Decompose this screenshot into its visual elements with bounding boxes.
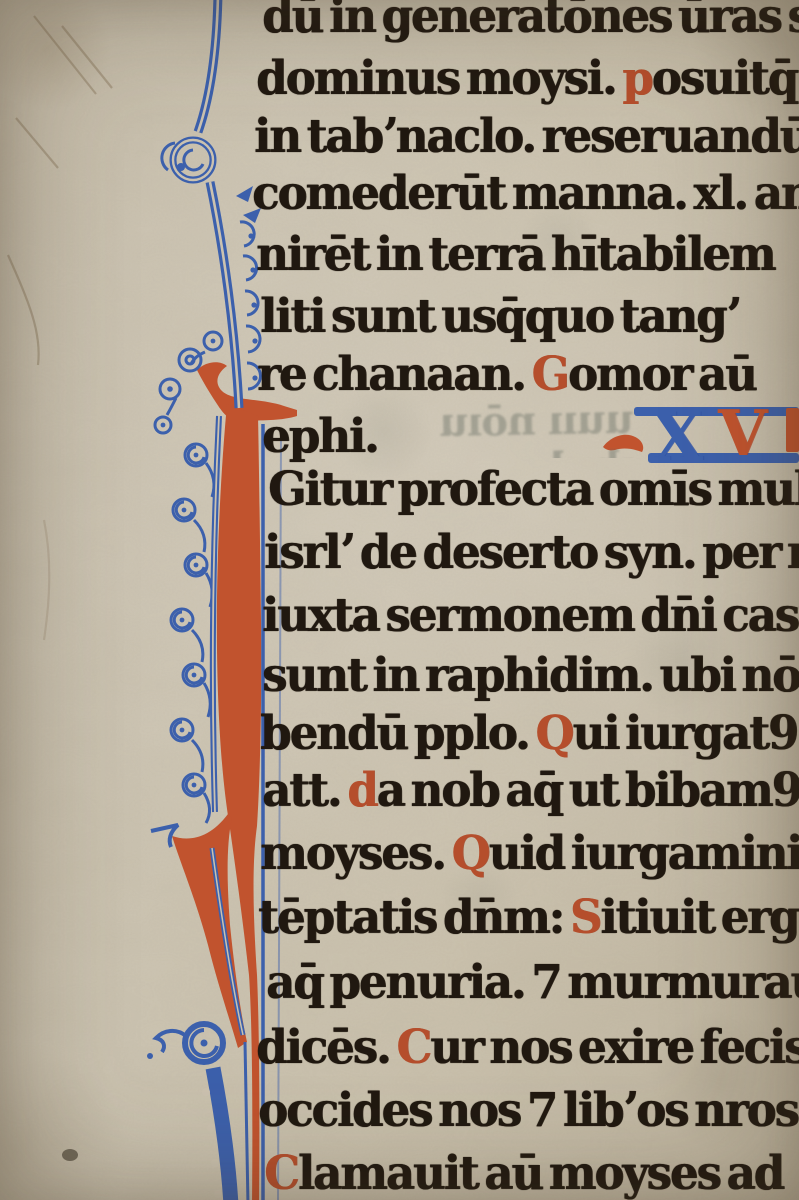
- text-line: ephi.: [262, 410, 378, 464]
- line-text: aq̄ penuria. 7 murmurauit: [266, 955, 799, 1010]
- text-line: tēptatis dn̄m: Sitiuit erg: [258, 891, 798, 945]
- rubricated-letter: C: [264, 1146, 298, 1200]
- line-text: omor aū: [568, 347, 756, 402]
- line-text: isrlʼ de deserto syn. per mā: [264, 525, 799, 580]
- line-text: dicēs.: [256, 1020, 396, 1075]
- text-line: Clamauit aū moyses ad: [264, 1147, 783, 1200]
- rubricated-letter: Q: [451, 826, 488, 881]
- text-line: nirēt in terrā hītabilem: [256, 228, 774, 282]
- line-text: nirēt in terrā hītabilem: [256, 227, 774, 282]
- line-text: ephi.: [262, 409, 378, 464]
- text-line: in tabʼnaclo. reseruandū: [254, 110, 799, 164]
- text-line: dicēs. Cur nos exire fecisti d: [256, 1021, 799, 1075]
- line-text: ur nos exire fecisti d: [430, 1020, 799, 1075]
- text-line: dū in generatōnes ūras sic: [262, 0, 799, 44]
- text-line: iuxta sermonem dn̄i cast: [262, 589, 799, 643]
- line-text: sunt in raphidim. ubi nō: [262, 648, 799, 703]
- line-text: lamauit aū moyses ad: [298, 1146, 783, 1200]
- text-line: re chanaan. Gomor aū: [257, 348, 756, 402]
- rubricated-letter: C: [396, 1020, 430, 1075]
- line-text: itiuit erg: [600, 890, 798, 945]
- text-line: comederūt manna. xl. an: [252, 167, 799, 221]
- ink-speck: [62, 1149, 78, 1161]
- text-line: bendū pplo. Qui iurgat9: [260, 707, 797, 761]
- line-text: bendū pplo.: [260, 706, 535, 761]
- line-text: Gitur profecta omīs multitu: [268, 462, 799, 517]
- text-line: aq̄ penuria. 7 murmurauit: [266, 956, 799, 1010]
- chapter-numeral-v: V: [718, 396, 767, 470]
- text-line: liti sunt usq̄quo tangʼ: [260, 290, 739, 344]
- line-text: osuitq̄: [652, 51, 797, 106]
- line-text: att.: [262, 763, 347, 818]
- chapter-numeral-partial-i: [786, 408, 799, 452]
- line-text: liti sunt usq̄quo tangʼ: [260, 289, 739, 344]
- rubricated-letter: S: [570, 890, 601, 945]
- line-text: moyses.: [260, 826, 451, 881]
- showthrough-ghost-text: uuıı nōıu ıbııl: [372, 398, 634, 458]
- line-text: a nob aq̄ ut bibam9.: [377, 763, 799, 818]
- line-text: iuxta sermonem dn̄i cast: [262, 588, 799, 643]
- manuscript-photo: uuıı nōıu ıbııl X V dū in generatōnes ūr…: [0, 0, 799, 1200]
- text-line: sunt in raphidim. ubi nō: [262, 649, 799, 703]
- rubricated-letter: p: [622, 51, 651, 106]
- rubricated-letter: d: [347, 763, 376, 818]
- line-text: comederūt manna. xl. an: [252, 166, 799, 221]
- line-text: dū in generatōnes ūras sic: [262, 0, 799, 44]
- text-line: moyses. Quid iurgamini cō: [260, 827, 799, 881]
- rubricated-letter: Q: [535, 706, 572, 761]
- text-line: Gitur profecta omīs multitu: [268, 463, 799, 517]
- line-text: occides nos 7 libʼos nros ac: [258, 1083, 799, 1138]
- text-line: isrlʼ de deserto syn. per mā: [264, 526, 799, 580]
- line-text: in tabʼnaclo. reseruandū: [254, 109, 799, 164]
- text-line: dominus moysi. posuitq̄: [256, 52, 797, 106]
- line-text: ui iurgat9: [572, 706, 797, 761]
- line-text: tēptatis dn̄m:: [258, 890, 570, 945]
- line-text: dominus moysi.: [256, 51, 622, 106]
- line-text: uid iurgamini cō: [489, 826, 799, 881]
- text-line: occides nos 7 libʼos nros ac: [258, 1084, 799, 1138]
- rubricated-letter: G: [531, 347, 567, 402]
- line-text: re chanaan.: [257, 347, 531, 402]
- text-line: att. da nob aq̄ ut bibam9.: [262, 764, 799, 818]
